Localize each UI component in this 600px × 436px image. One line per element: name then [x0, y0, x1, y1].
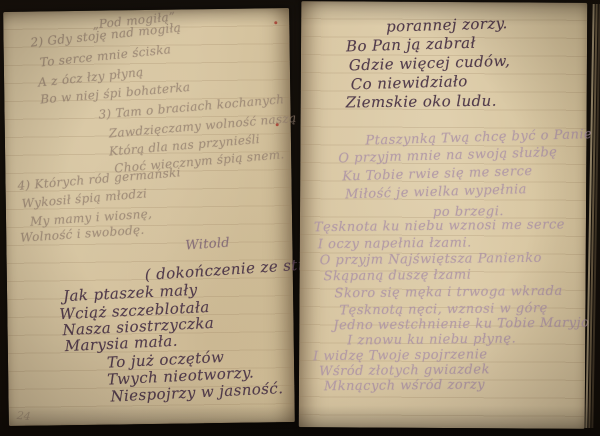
poem-pod-mogila-line: 4) Których ród germański [17, 166, 181, 192]
poem-purple-prayer-line: Miłość je wielka wypełnia [345, 183, 527, 201]
notebook-photo: „Pod mogiłą”2) Gdy stoję nad mogiłąTo se… [0, 0, 600, 436]
poem-purple-prayer-line: Ku Tobie rwie się me serce [342, 165, 533, 183]
poem-ink-ending-line: Co niewidziało [351, 74, 468, 92]
page-number: 24 [16, 410, 31, 422]
poem-purple-prayer-line: Tęsknota ku niebu wznosi me serce [314, 218, 565, 234]
poem-purple-prayer-line: Jedno westchnienie ku Tobie Maryjo [333, 316, 589, 332]
notebook-page-left: „Pod mogiłą”2) Gdy stoję nad mogiłąTo se… [3, 8, 295, 426]
page-edges [584, 0, 600, 436]
red-speck [276, 123, 279, 126]
signature-line: Witold [185, 237, 230, 253]
poem-ink-ending-line: Gdzie więcej cudów, [349, 54, 511, 74]
poem-purple-prayer-line: I widzę Twoje spojrzenie [313, 348, 488, 363]
poem-purple-prayer-line: Ptaszynką Twą chcę być o Panie [365, 128, 592, 148]
poem-purple-prayer-line: Tęsknotą nęci, wznosi w górę [339, 302, 548, 317]
poem-purple-prayer-line: Skąpaną duszę łzami [324, 269, 472, 284]
poem-pod-mogila-line: To serce mnie ściska [39, 43, 171, 68]
poem-purple-prayer-line: O przyjm Najświętsza Panienko [320, 252, 542, 268]
poem-purple-prayer-line: Wśród złotych gwiazdek [319, 363, 490, 378]
poem-ink-ending-line: porannej zorzy. [386, 16, 508, 34]
left-page-writing: „Pod mogiłą”2) Gdy stoję nad mogiłąTo se… [3, 8, 295, 426]
poem-purple-prayer-line: I znowu ku niebu płynę. [347, 333, 516, 348]
notebook-page-right: porannej zorzy.Bo Pan ją zabrałGdzie wię… [299, 1, 588, 429]
poem-ink-ending-line: Ziemskie oko ludu. [346, 94, 497, 111]
poem-purple-prayer-line: po brzegi. [433, 205, 504, 219]
poem-purple-prayer-line: I oczy napełnia łzami. [318, 236, 472, 251]
right-page-writing: porannej zorzy.Bo Pan ją zabrałGdzie wię… [299, 1, 588, 429]
red-speck [274, 21, 277, 24]
poem-ink-ending-line: Bo Pan ją zabrał [346, 36, 476, 55]
poem-purple-prayer-line: Skoro się męka i trwoga wkrada [334, 285, 562, 301]
poem-purple-prayer-line: Mknących wśród zorzy [324, 378, 485, 393]
poem-purple-prayer-line: O przyjm mnie na swoją służbę [338, 146, 557, 165]
